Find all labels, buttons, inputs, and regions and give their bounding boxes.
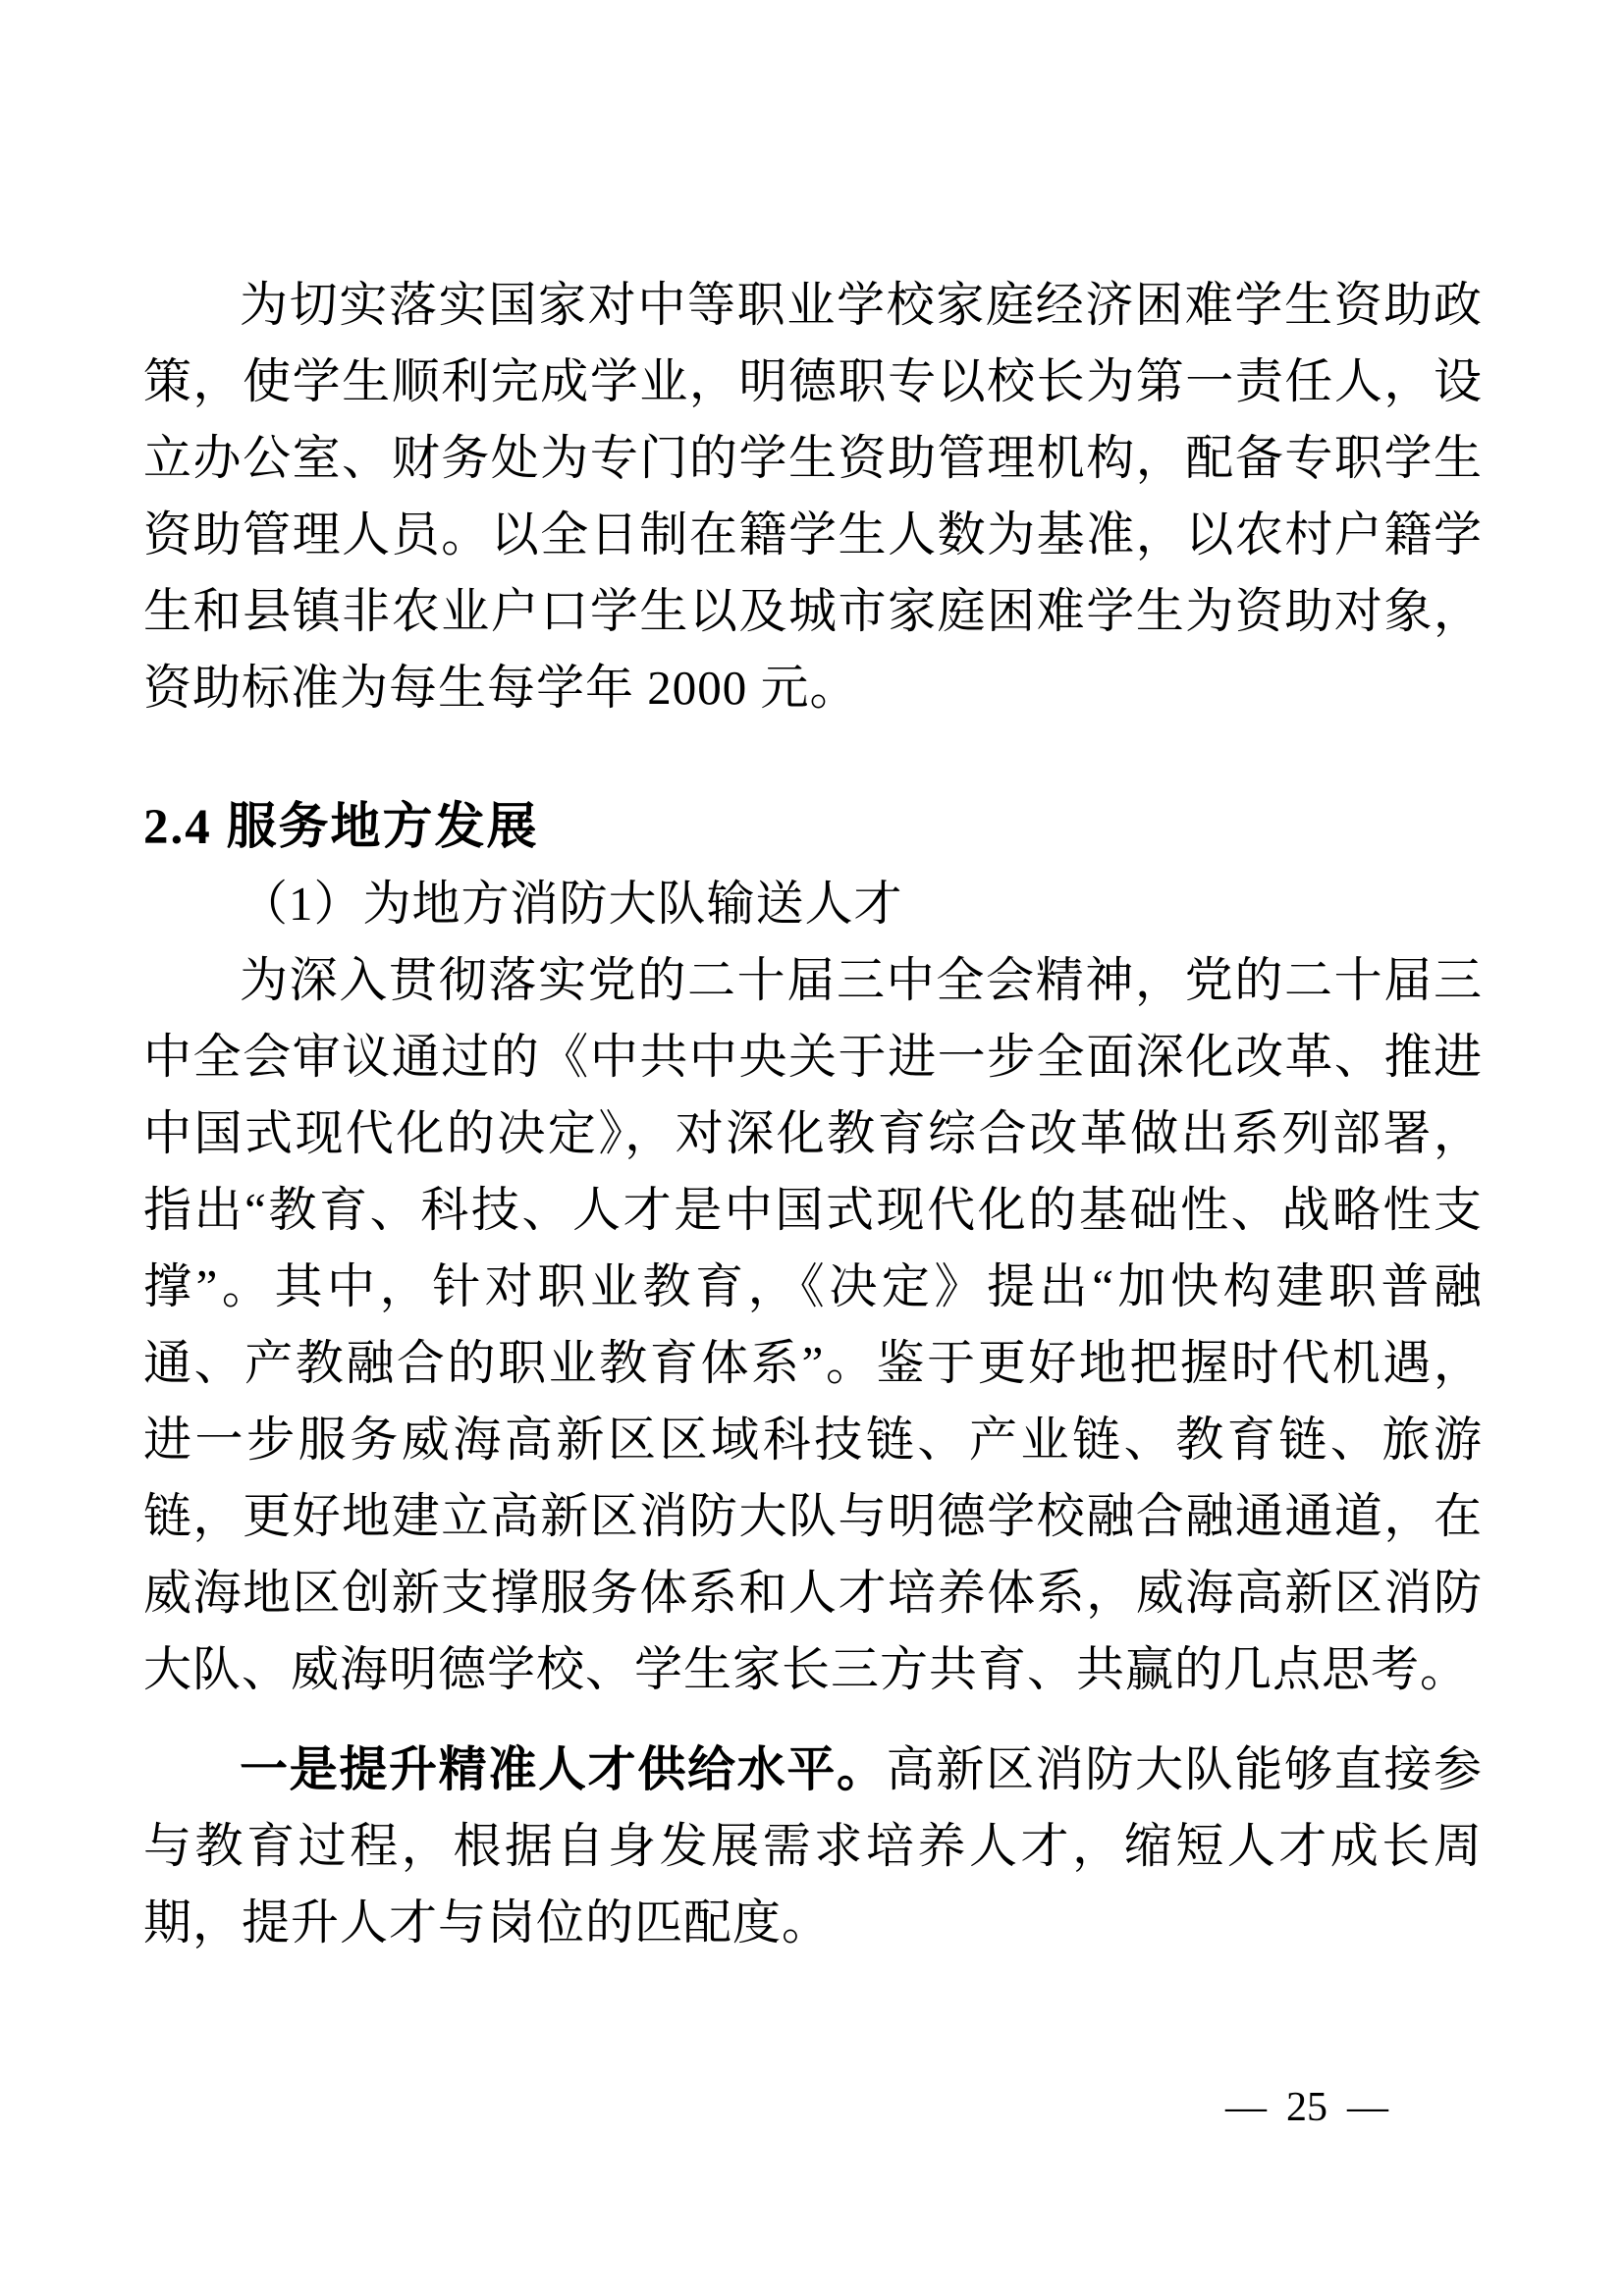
- page-number: —25—: [1225, 2083, 1388, 2132]
- document-page: 为切实落实国家对中等职业学校家庭经济困难学生资助政策，使学生顺利完成学业，明德职…: [0, 0, 1624, 2296]
- paragraph-talent-supply: 一是提升精准人才供给水平。高新区消防大队能够直接参与教育过程，根据自身发展需求培…: [143, 1732, 1483, 1961]
- page-number-value: 25: [1286, 2083, 1327, 2132]
- paragraph-student-funding-policy: 为切实落实国家对中等职业学校家庭经济困难学生资助政策，使学生顺利完成学业，明德职…: [143, 267, 1483, 726]
- page-number-dash-right: —: [1347, 2083, 1388, 2132]
- section-heading-serve-local-development: 2.4 服务地方发展: [143, 789, 1483, 866]
- page-number-dash-left: —: [1225, 2083, 1267, 2132]
- subheading-talent-for-fire-brigade: （1）为地方消防大队输送人才: [143, 866, 1483, 942]
- paragraph-third-plenum-reform: 为深入贯彻落实党的二十届三中全会精神，党的二十届三中全会审议通过的《中共中央关于…: [143, 942, 1483, 1708]
- document-body: 为切实落实国家对中等职业学校家庭经济困难学生资助政策，使学生顺利完成学业，明德职…: [143, 267, 1483, 1961]
- bold-lead-in-talent-supply: 一是提升精准人才供给水平。: [240, 1742, 887, 1796]
